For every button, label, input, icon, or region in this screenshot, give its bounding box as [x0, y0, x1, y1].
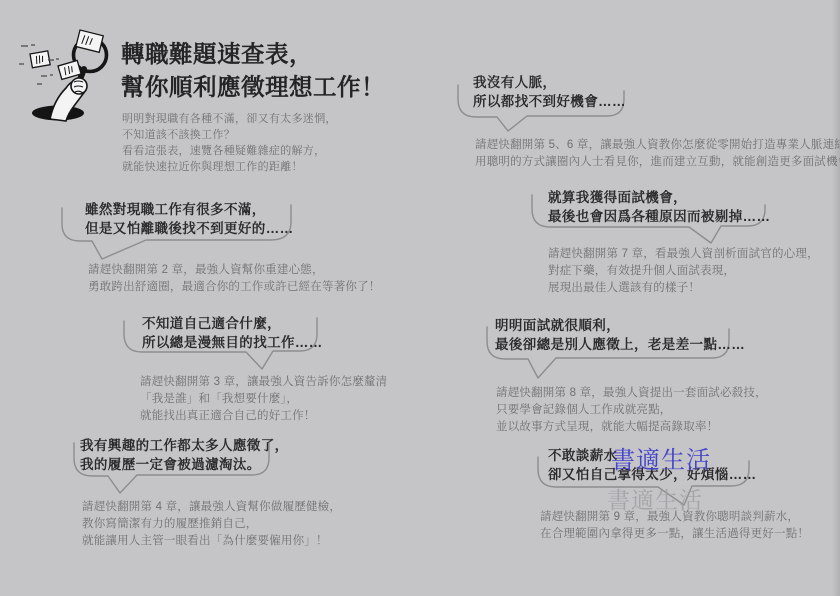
- question-bubble-5: 就算我獲得面試機會， 最後也會因爲各種原因而被剔掉……: [548, 189, 770, 226]
- question-line: 不知道自己適合什麼，: [142, 315, 323, 334]
- intro-line: 不知道該不該換工作？: [122, 127, 337, 143]
- question-line: 不敢談薪水: [548, 447, 757, 466]
- question-line: 我沒有人脈，: [473, 74, 626, 93]
- paper-icon: [30, 51, 50, 68]
- answer-line: 請趕快翻開第 4 章，讓最強人資幫你做履歷健檢，: [82, 499, 341, 516]
- answer-line: 請趕快翻開第 8 章，最強人資提出一套面試必殺技，: [496, 385, 767, 402]
- flowchart-page: 轉職難題速查表， 幫你順利應徵理想工作！ 明明對現職有各種不滿，卻又有太多迷惘，…: [0, 0, 840, 596]
- answer-line: 請趕快翻開第 9 章，最強人資教你聰明談判薪水，: [540, 509, 809, 526]
- question-line: 就算我獲得面試機會，: [548, 189, 770, 208]
- question-line: 最後也會因爲各種原因而被剔掉……: [548, 208, 770, 227]
- answer-line: 只要學會記錄個人工作成就亮點，: [496, 402, 767, 419]
- answer-line: 用聰明的方式讓圈內人士看見你，進而建立互動，就能創造更多面試機會！: [475, 154, 840, 171]
- answer-text-4: 請趕快翻開第 5、6 章，讓最強人資教你怎麼從零開始打造專業人脈連結。 用聰明的…: [475, 137, 840, 171]
- answer-line: 展現出最佳人選該有的樣子！: [548, 280, 819, 297]
- paper-icon: [58, 60, 81, 79]
- answer-line: 勇敢跨出舒適圈，最適合你的工作或許已經在等著你了！: [88, 279, 381, 296]
- magnifier-hand-illustration: [8, 24, 118, 124]
- question-bubble-6: 明明面試就很順利， 最後卻總是別人應徵上，老是差一點……: [495, 317, 745, 354]
- question-bubble-3: 我有興趣的工作都太多人應徵了， 我的履歷一定會被過濾淘汰。: [80, 437, 289, 474]
- answer-line: 請趕快翻開第 3 章，讓最強人資告訴你怎麼釐清: [140, 374, 387, 391]
- question-line: 雖然對現職工作有很多不滿，: [85, 201, 294, 220]
- answer-line: 在合理範圍內拿得更多一點，讓生活過得更好一點！: [540, 526, 809, 543]
- answer-line: 請趕快翻開第 5、6 章，讓最強人資教你怎麼從零開始打造專業人脈連結。: [475, 137, 840, 154]
- answer-line: 「我是誰」和「我想要什麼」，: [140, 391, 387, 408]
- page-title-line-2: 幫你順利應徵理想工作！: [121, 71, 385, 104]
- answer-line: 請趕快翻開第 2 章，最強人資幫你重建心態，: [88, 262, 381, 279]
- question-bubble-7: 不敢談薪水 卻又怕自己拿得太少，好煩惱……: [548, 447, 757, 484]
- intro-line: 就能快速拉近你與理想工作的距離！: [122, 159, 337, 175]
- answer-text-5: 請趕快翻開第 7 章，看最強人資剖析面試官的心理， 對症下藥，有效提升個人面試表…: [548, 246, 819, 297]
- answer-line: 請趕快翻開第 7 章，看最強人資剖析面試官的心理，: [548, 246, 819, 263]
- question-line: 卻又怕自己拿得太少，好煩惱……: [548, 466, 757, 485]
- answer-line: 教你寫簡潔有力的履歷推銷自己，: [82, 516, 341, 533]
- answer-text-7: 請趕快翻開第 9 章，最強人資教你聰明談判薪水， 在合理範圍內拿得更多一點，讓生…: [540, 509, 809, 543]
- question-bubble-4: 我沒有人脈， 所以都找不到好機會……: [473, 74, 626, 111]
- intro-line: 明明對現職有各種不滿，卻又有太多迷惘，: [122, 111, 337, 127]
- paper-icon: [76, 30, 103, 52]
- answer-text-6: 請趕快翻開第 8 章，最強人資提出一套面試必殺技， 只要學會記錄個人工作成就亮點…: [496, 385, 767, 436]
- page-title-line-1: 轉職難題速查表，: [121, 38, 385, 71]
- page-edge-shadow: [832, 0, 840, 596]
- question-line: 我有興趣的工作都太多人應徵了，: [80, 437, 289, 456]
- intro-line: 看看這張表，速覽各種疑難雜症的解方，: [122, 143, 337, 159]
- question-line: 所以都找不到好機會……: [473, 93, 626, 112]
- question-line: 我的履歷一定會被過濾淘汰。: [80, 456, 289, 475]
- question-line: 明明面試就很順利，: [495, 317, 745, 336]
- page-title: 轉職難題速查表， 幫你順利應徵理想工作！: [121, 38, 385, 104]
- question-line: 所以總是漫無目的找工作……: [142, 334, 323, 353]
- intro-text: 明明對現職有各種不滿，卻又有太多迷惘， 不知道該不該換工作？ 看看這張表，速覽各…: [122, 111, 337, 175]
- answer-line: 對症下藥，有效提升個人面試表現，: [548, 263, 819, 280]
- answer-text-1: 請趕快翻開第 2 章，最強人資幫你重建心態， 勇敢跨出舒適圈，最適合你的工作或許…: [88, 262, 381, 296]
- question-line: 但是又怕離職後找不到更好的……: [85, 220, 294, 239]
- answer-line: 並以故事方式呈現，就能大幅提高錄取率！: [496, 419, 767, 436]
- answer-text-3: 請趕快翻開第 4 章，讓最強人資幫你做履歷健檢， 教你寫簡潔有力的履歷推銷自己，…: [82, 499, 341, 550]
- answer-text-2: 請趕快翻開第 3 章，讓最強人資告訴你怎麼釐清 「我是誰」和「我想要什麼」， 就…: [140, 374, 387, 425]
- question-bubble-2: 不知道自己適合什麼， 所以總是漫無目的找工作……: [142, 315, 323, 352]
- question-bubble-1: 雖然對現職工作有很多不滿， 但是又怕離職後找不到更好的……: [85, 201, 294, 238]
- answer-line: 就能找出真正適合自己的好工作！: [140, 408, 387, 425]
- question-line: 最後卻總是別人應徵上，老是差一點……: [495, 336, 745, 355]
- answer-line: 就能讓用人主管一眼看出「為什麼要僱用你」！: [82, 533, 341, 550]
